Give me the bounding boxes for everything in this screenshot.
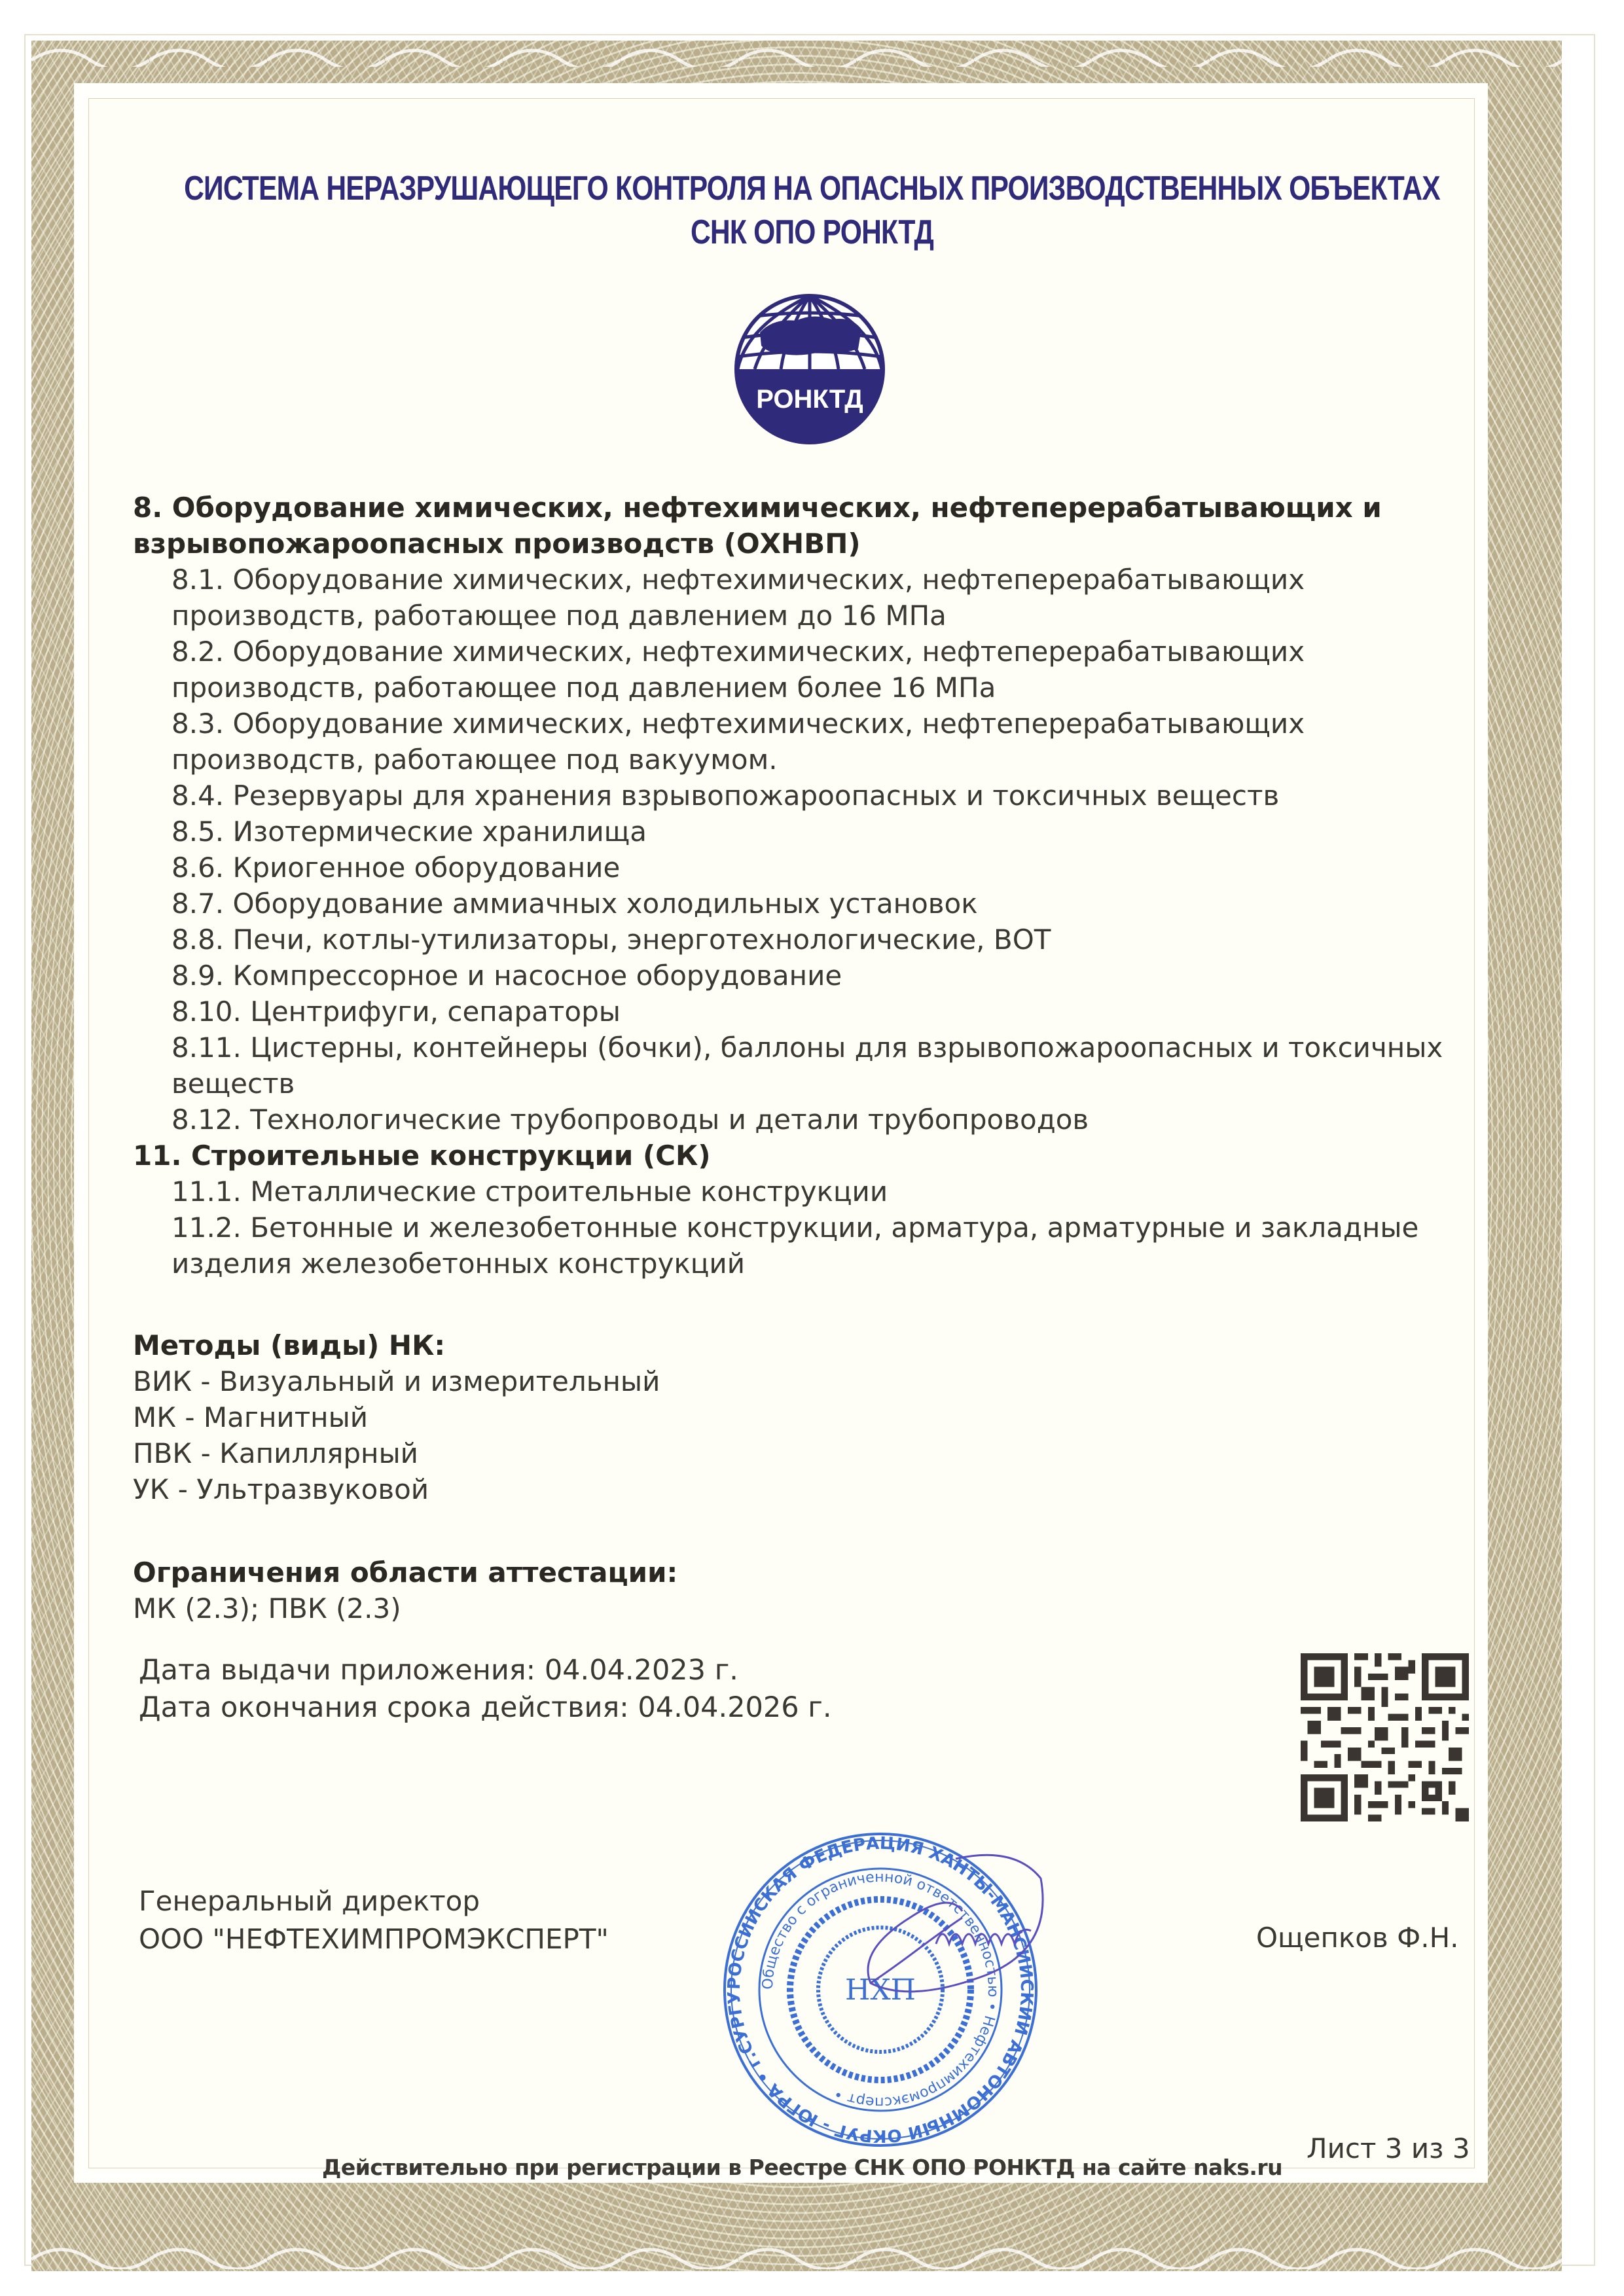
globe-icon: РОНКТД xyxy=(734,293,886,445)
method-item: ПВК - Капиллярный xyxy=(133,1435,1501,1471)
list-item: 8.4. Резервуары для хранения взрывопожар… xyxy=(133,778,1501,814)
section-heading: 8. Оборудование химических, нефтехимичес… xyxy=(133,490,1501,562)
signatory-company: ООО "НЕФТЕХИМПРОМЭКСПЕРТ" xyxy=(139,1920,609,1958)
list-item: 8.11. Цистерны, контейнеры (бочки), балл… xyxy=(133,1030,1501,1102)
list-item: 8.10. Центрифуги, сепараторы xyxy=(133,994,1501,1030)
list-item: 8.9. Компрессорное и насосное оборудован… xyxy=(133,958,1501,994)
list-item: 8.1. Оборудование химических, нефтехимич… xyxy=(133,562,1501,634)
section-ohnvp: 8. Оборудование химических, нефтехимичес… xyxy=(133,490,1501,1138)
method-item: УК - Ультразвуковой xyxy=(133,1471,1501,1507)
restrictions-value: МК (2.3); ПВК (2.3) xyxy=(133,1590,1501,1626)
list-item: 8.8. Печи, котлы-утилизаторы, энерготехн… xyxy=(133,922,1501,958)
content-body: 8. Оборудование химических, нефтехимичес… xyxy=(133,490,1501,1626)
methods-block: Методы (виды) НК: ВИК - Визуальный и изм… xyxy=(133,1327,1501,1507)
signatory-block: Генеральный директор ООО "НЕФТЕХИМПРОМЭК… xyxy=(139,1882,609,1958)
qr-code-icon[interactable] xyxy=(1301,1653,1469,1821)
document-subtitle: СНК ОПО РОНКТД xyxy=(146,213,1477,252)
section-heading: 11. Строительные конструкции (СК) xyxy=(133,1138,1501,1174)
list-item: 8.12. Технологические трубопроводы и дет… xyxy=(133,1102,1501,1138)
signatory-position: Генеральный директор xyxy=(139,1882,609,1920)
restrictions-heading: Ограничения области аттестации: xyxy=(133,1554,1501,1590)
method-item: МК - Магнитный xyxy=(133,1399,1501,1435)
stamp-center-text: НХП xyxy=(845,1973,916,2007)
list-item: 8.2. Оборудование химических, нефтехимич… xyxy=(133,634,1501,706)
document-title: СИСТЕМА НЕРАЗРУШАЮЩЕГО КОНТРОЛЯ НА ОПАСН… xyxy=(146,169,1477,208)
list-item: 8.3. Оборудование химических, нефтехимич… xyxy=(133,706,1501,778)
methods-heading: Методы (виды) НК: xyxy=(133,1327,1501,1363)
restrictions-block: Ограничения области аттестации: МК (2.3)… xyxy=(133,1554,1501,1626)
section-sk: 11. Строительные конструкции (СК) 11.1. … xyxy=(133,1138,1501,1282)
list-item: 11.2. Бетонные и железобетонные конструк… xyxy=(133,1210,1501,1282)
validity-note: Действительно при регистрации в Реестре … xyxy=(322,2155,1282,2180)
list-item: 8.5. Изотермические хранилища xyxy=(133,814,1501,850)
list-item: 8.7. Оборудование аммиачных холодильных … xyxy=(133,886,1501,922)
expiry-date: Дата окончания срока действия: 04.04.202… xyxy=(139,1689,832,1727)
dates-block: Дата выдачи приложения: 04.04.2023 г. Да… xyxy=(139,1652,832,1727)
logo-text: РОНКТД xyxy=(756,385,863,414)
method-item: ВИК - Визуальный и измерительный xyxy=(133,1363,1501,1399)
issue-date: Дата выдачи приложения: 04.04.2023 г. xyxy=(139,1652,832,1689)
list-item: 8.6. Криогенное оборудование xyxy=(133,850,1501,886)
company-stamp: РОССИЙСКАЯ ФЕДЕРАЦИЯ ХАНТЫ-МАНСИЙСКИЙ АВ… xyxy=(674,1820,1132,2147)
list-item: 11.1. Металлические строительные констру… xyxy=(133,1174,1501,1210)
sheet-number: Лист 3 из 3 xyxy=(1307,2132,1470,2164)
signatory-name: Ощепков Ф.Н. xyxy=(1256,1919,1459,1957)
